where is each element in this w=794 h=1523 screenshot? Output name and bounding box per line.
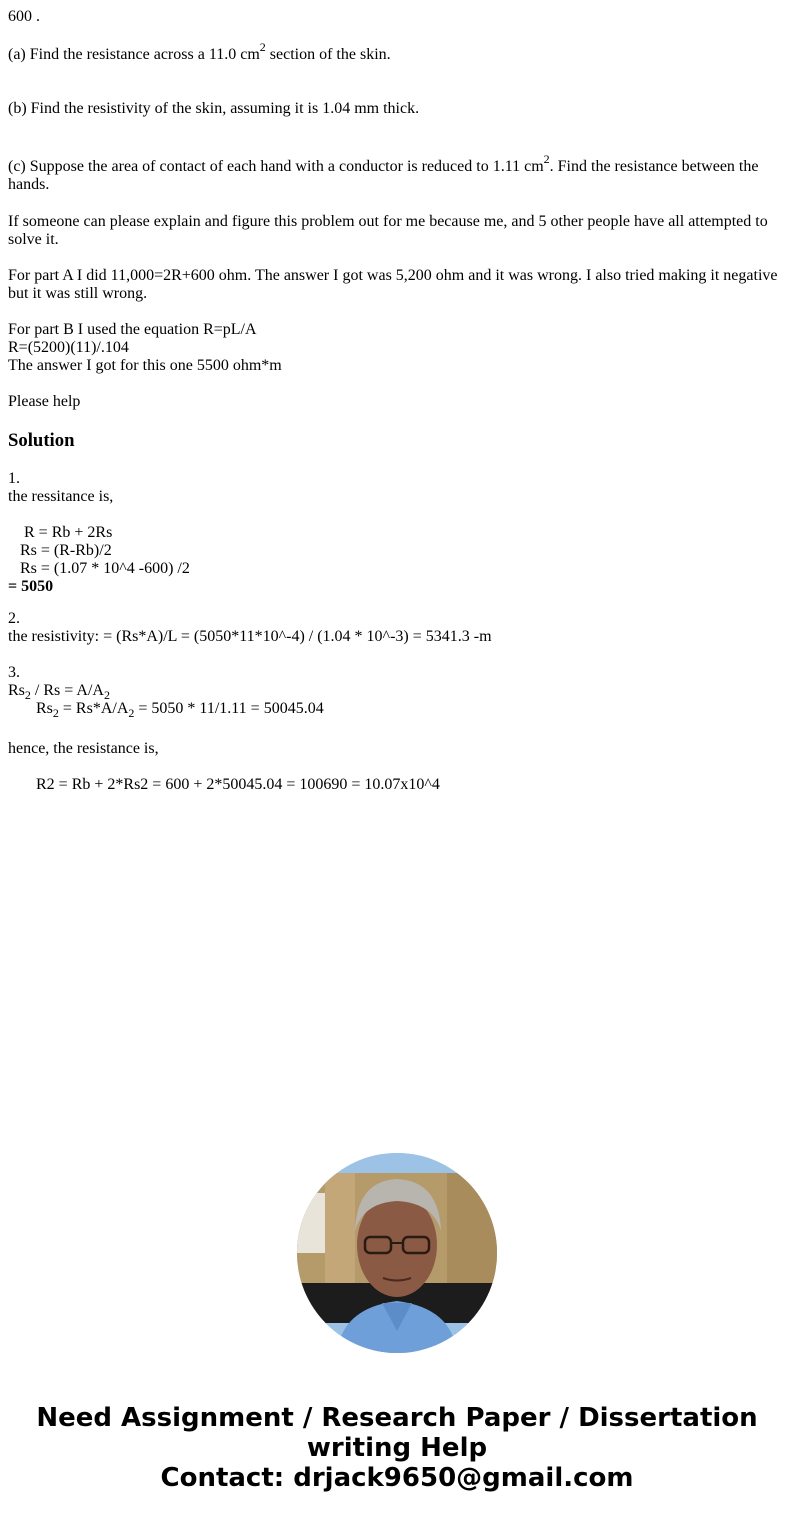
ratio-equation: Rs2 / Rs = A/A2 (8, 682, 786, 700)
attempt-b-line: The answer I got for this one 5500 ohm*m (8, 357, 786, 375)
step-number: 2. (8, 610, 786, 628)
step-text: the resistivity: = (Rs*A)/L = (5050*11*1… (8, 628, 786, 646)
part-a-sup: 2 (260, 40, 266, 54)
part-a-suffix: section of the skin. (266, 46, 391, 63)
term: Rs (36, 700, 53, 717)
author-avatar (297, 1153, 497, 1353)
term: = 5050 * 11/1.11 = 50045.04 (134, 700, 323, 717)
step-result: = 5050 (8, 578, 53, 595)
equation-line: Rs = (1.07 * 10^4 -600) /2 (8, 560, 786, 578)
portrait-icon (297, 1153, 497, 1353)
part-a-text: (a) Find the resistance across a 11.0 cm (8, 46, 260, 63)
part-c-sup: 2 (544, 152, 550, 166)
solution-step-2: 2. the resistivity: = (Rs*A)/L = (5050*1… (8, 610, 786, 646)
term: / Rs = A/A (31, 682, 104, 699)
attempt-b-line: For part B I used the equation R=pL/A (8, 321, 786, 339)
final-equation: R2 = Rb + 2*Rs2 = 600 + 2*50045.04 = 100… (8, 776, 786, 794)
equation-line: R = Rb + 2Rs (8, 524, 786, 542)
promo-contact: Contact: drjack9650@gmail.com (0, 1463, 794, 1493)
term: = Rs*A/A (59, 700, 128, 717)
term: Rs (8, 682, 25, 699)
question-part-b: (b) Find the resistivity of the skin, as… (8, 100, 786, 118)
promo-banner: Need Assignment / Research Paper / Disse… (0, 1403, 794, 1493)
step-number: 1. (8, 470, 786, 488)
equation-line: Rs = (R-Rb)/2 (8, 542, 786, 560)
step-intro: the ressitance is, (8, 488, 786, 506)
promo-line-2: writing Help (0, 1433, 794, 1463)
question-part-a: (a) Find the resistance across a 11.0 cm… (8, 46, 786, 64)
question-part-c: (c) Suppose the area of contact of each … (8, 158, 786, 194)
part-c-text: (c) Suppose the area of contact of each … (8, 158, 544, 175)
question-fragment: 600 . (8, 8, 786, 26)
attempt-part-a: For part A I did 11,000=2R+600 ohm. The … (8, 267, 786, 303)
attempt-b-line: R=(5200)(11)/.104 (8, 339, 786, 357)
question-plea: If someone can please explain and figure… (8, 213, 786, 249)
hence-text: hence, the resistance is, (8, 740, 786, 758)
solution-step-1: 1. the ressitance is, R = Rb + 2Rs Rs = … (8, 470, 786, 596)
closing-text: Please help (8, 393, 786, 411)
solution-heading: Solution (8, 430, 786, 452)
solution-step-3: 3. Rs2 / Rs = A/A2 Rs2 = Rs*A/A2 = 5050 … (8, 664, 786, 794)
promo-line-1: Need Assignment / Research Paper / Disse… (0, 1403, 794, 1433)
step-number: 3. (8, 664, 786, 682)
attempt-part-b: For part B I used the equation R=pL/A R=… (8, 321, 786, 375)
calc-equation: Rs2 = Rs*A/A2 = 5050 * 11/1.11 = 50045.0… (8, 700, 786, 718)
